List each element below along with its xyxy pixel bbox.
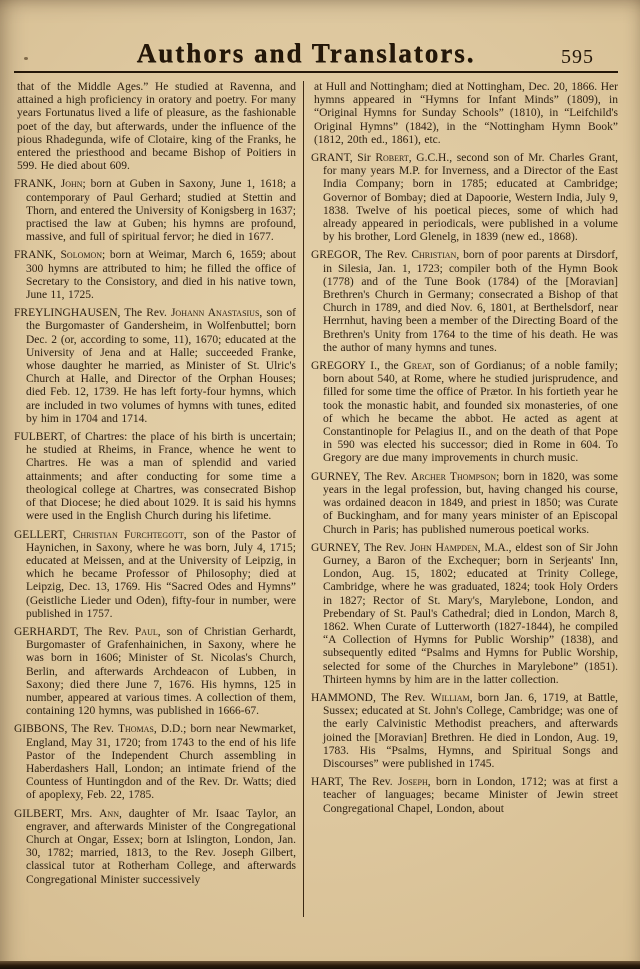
entry-paragraph: GIBBONS, The Rev. Thomas, D.D.; born nea… bbox=[14, 723, 296, 802]
person-name-smallcaps: Robert bbox=[375, 152, 408, 164]
entry-paragraph: FRANK, John; born at Guben in Saxony, Ju… bbox=[14, 178, 296, 244]
continued-paragraph: that of the Middle Ages.” He studied at … bbox=[14, 81, 296, 173]
entry-text: FRANK, bbox=[14, 178, 61, 190]
person-name-smallcaps: Thomas bbox=[118, 723, 154, 735]
person-name-smallcaps: John Hampden bbox=[410, 542, 478, 554]
person-name-smallcaps: Archer Thompson bbox=[411, 471, 496, 483]
entry-text: GURNEY, The Rev. bbox=[311, 471, 411, 483]
person-name-smallcaps: Solomon bbox=[61, 249, 103, 261]
column-divider bbox=[303, 81, 304, 917]
entry-paragraph: HAMMOND, The Rev. William, born Jan. 6, … bbox=[311, 692, 618, 771]
entry-paragraph: FRANK, Solomon; born at Weimar, March 6,… bbox=[14, 249, 296, 302]
person-name-smallcaps: Paul bbox=[135, 626, 158, 638]
entry-paragraph: GURNEY, The Rev. Archer Thompson; born i… bbox=[311, 471, 618, 537]
entry-text: GIBBONS, The Rev. bbox=[14, 723, 118, 735]
person-name-smallcaps: Christian bbox=[411, 249, 456, 261]
entry-paragraph: HART, The Rev. Joseph, born in London, 1… bbox=[311, 776, 618, 816]
scan-bottom-edge bbox=[0, 961, 640, 969]
entry-text: , son of the Burgomaster of Gandersheim,… bbox=[26, 307, 296, 425]
entry-text: FRANK, bbox=[14, 249, 61, 261]
entry-text: that of the Middle Ages.” He studied at … bbox=[17, 81, 296, 172]
header-rule bbox=[14, 71, 618, 73]
book-page: Authors and Translators. 595 that of the… bbox=[0, 0, 640, 969]
entry-text: GRANT, Sir bbox=[311, 152, 375, 164]
entry-text: GELLERT, bbox=[14, 529, 73, 541]
entry-text: , born of poor parents at Dirsdorf, in S… bbox=[323, 249, 618, 353]
entry-text: FULBERT, of Chartres: the place of his b… bbox=[14, 431, 296, 522]
entry-paragraph: GILBERT, Mrs. Ann, daughter of Mr. Isaac… bbox=[14, 808, 296, 887]
entry-paragraph: FULBERT, of Chartres: the place of his b… bbox=[14, 431, 296, 523]
entry-text: , G.C.H., second son of Mr. Charles Gran… bbox=[323, 152, 618, 243]
entry-text: GERHARDT, The Rev. bbox=[14, 626, 135, 638]
entry-paragraph: GREGORY I., the Great, son of Gordianus;… bbox=[311, 360, 618, 466]
page-title: Authors and Translators. bbox=[0, 38, 612, 69]
entry-text: , M.A., eldest son of Sir John Gurney, a… bbox=[323, 542, 618, 686]
entry-text: GURNEY, The Rev. bbox=[311, 542, 410, 554]
text-columns: that of the Middle Ages.” He studied at … bbox=[14, 81, 618, 941]
entry-text: HAMMOND, The Rev. bbox=[311, 692, 431, 704]
person-name-smallcaps: Great bbox=[403, 360, 431, 372]
entry-paragraph: GURNEY, The Rev. John Hampden, M.A., eld… bbox=[311, 542, 618, 687]
entry-text: , son of Gordianus; of a noble family; b… bbox=[323, 360, 618, 464]
entry-text: FREYLINGHAUSEN, The Rev. bbox=[14, 307, 171, 319]
person-name-smallcaps: Christian Furchtegott bbox=[73, 529, 184, 541]
person-name-smallcaps: Ann bbox=[99, 808, 119, 820]
entry-text: GREGOR, The Rev. bbox=[311, 249, 411, 261]
entry-text: GREGORY I., the bbox=[311, 360, 403, 372]
entry-text: , son of Christian Gerhardt, Burgomaster… bbox=[26, 626, 296, 717]
person-name-smallcaps: John bbox=[61, 178, 83, 190]
person-name-smallcaps: Joseph bbox=[398, 776, 428, 788]
entry-text: at Hull and Nottingham; died at Nottingh… bbox=[314, 81, 618, 146]
column-right: at Hull and Nottingham; died at Nottingh… bbox=[311, 81, 618, 941]
entry-paragraph: GREGOR, The Rev. Christian, born of poor… bbox=[311, 249, 618, 355]
entry-paragraph: FREYLINGHAUSEN, The Rev. Johann Anastasi… bbox=[14, 307, 296, 426]
continued-paragraph: at Hull and Nottingham; died at Nottingh… bbox=[311, 81, 618, 147]
entry-paragraph: GELLERT, Christian Furchtegott, son of t… bbox=[14, 529, 296, 621]
entry-paragraph: GRANT, Sir Robert, G.C.H., second son of… bbox=[311, 152, 618, 244]
person-name-smallcaps: William bbox=[431, 692, 470, 704]
column-left: that of the Middle Ages.” He studied at … bbox=[14, 81, 296, 941]
entry-text: , son of the Pastor of Haynichen, in Sax… bbox=[26, 529, 296, 620]
entry-text: HART, The Rev. bbox=[311, 776, 398, 788]
entry-paragraph: GERHARDT, The Rev. Paul, son of Christia… bbox=[14, 626, 296, 718]
entry-text: GILBERT, Mrs. bbox=[14, 808, 99, 820]
page-number: 595 bbox=[561, 46, 594, 69]
person-name-smallcaps: Johann Anastasius bbox=[171, 307, 259, 319]
